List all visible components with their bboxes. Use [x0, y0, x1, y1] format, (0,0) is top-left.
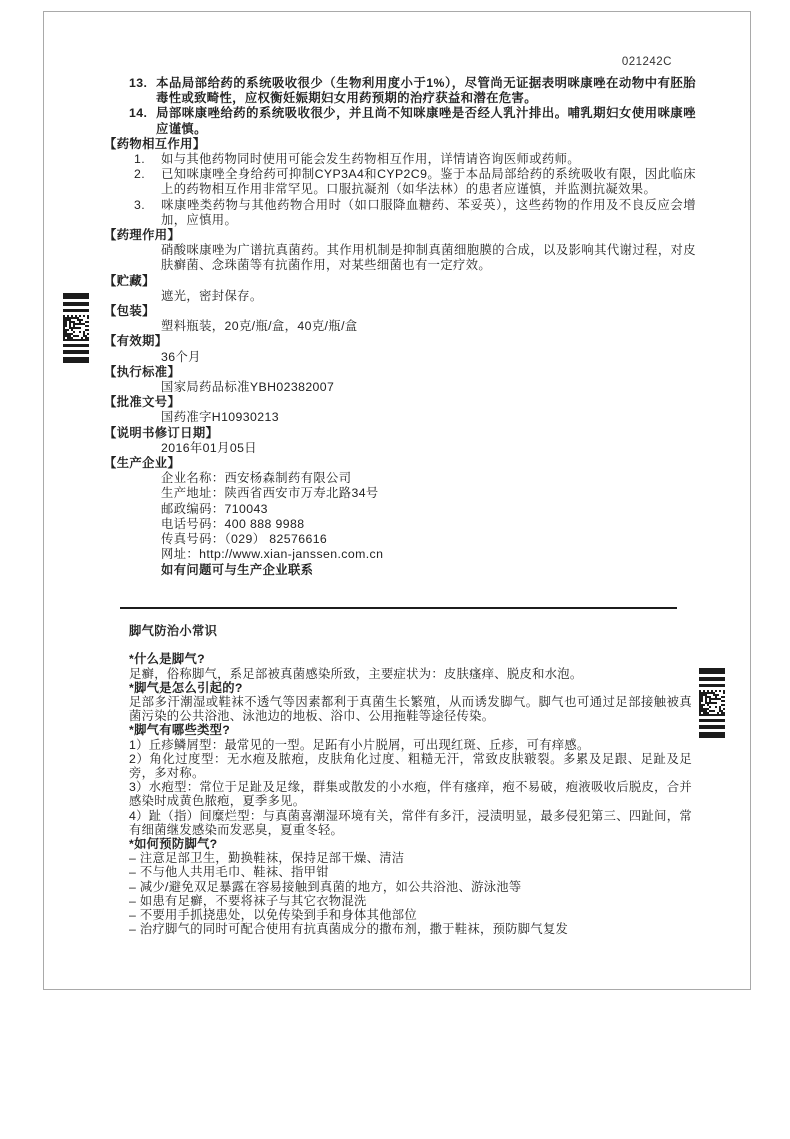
- datamatrix-icon: [699, 690, 725, 716]
- section-heading: 【有效期】: [104, 334, 696, 349]
- manufacturer-line: 邮政编码：710043: [161, 502, 696, 517]
- tips-title: 脚气防治小常识: [129, 624, 692, 638]
- tips-type-item: 3）水疱型：常位于足趾及足缘，群集或散发的小水疱，伴有瘙痒，疱不易破，疱液吸收后…: [129, 780, 692, 808]
- tips-text-what: 足癣，俗称脚气，系足部被真菌感染所致，主要症状为：皮肤瘙痒、脱皮和水泡。: [129, 667, 692, 681]
- interaction-item: 1.如与其他药物同时使用可能会发生药物相互作用，详情请咨询医师或药师。: [104, 152, 696, 167]
- tips-prevention-item: – 如患有足癣，不要将袜子与其它衣物混洗: [129, 894, 692, 908]
- print-bar: [699, 719, 725, 722]
- manufacturer-contact-note: 如有问题可与生产企业联系: [161, 563, 696, 578]
- tips-prevention-item: – 减少/避免双足暴露在容易接触到真菌的地方，如公共浴池、游泳池等: [129, 880, 692, 894]
- print-bar: [63, 350, 89, 354]
- print-bar: [699, 725, 725, 729]
- precaution-item: 14.局部咪康唑给药的系统吸收很少，并且尚不知咪康唑是否经人乳汁排出。哺乳期妇女…: [104, 106, 696, 136]
- tips-prevention-item: – 不与他人共用毛巾、鞋袜、指甲钳: [129, 865, 692, 879]
- manufacturer-line: 网址：http://www.xian-janssen.com.cn: [161, 547, 696, 562]
- section-text: 国药准字H10930213: [161, 410, 696, 425]
- interaction-text: 咪康唑类药物与其他药物合用时（如口服降血糖药、苯妥英），这些药物的作用及不良反应…: [161, 198, 696, 227]
- section-divider-rule: [120, 607, 677, 609]
- manufacturer-lines: 企业名称：西安杨森制药有限公司 生产地址：陕西省西安市万寿北路34号 邮政编码：…: [104, 471, 696, 562]
- section-text: 硝酸咪康唑为广谱抗真菌药。其作用机制是抑制真菌细胞膜的合成，以及影响其代谢过程，…: [161, 243, 696, 273]
- tips-heading-what: *什么是脚气?: [129, 652, 692, 666]
- section-heading: 【包装】: [104, 304, 696, 319]
- section-text: 遮光，密封保存。: [161, 289, 696, 304]
- main-text-block: 13.本品局部给药的系统吸收很少（生物利用度小于1%），尽管尚无证据表明咪康唑在…: [104, 76, 696, 578]
- interaction-item: 3.咪康唑类药物与其他药物合用时（如口服降血糖药、苯妥英），这些药物的作用及不良…: [104, 198, 696, 228]
- tips-type-list: 1）丘疹鳞屑型：最常见的一型。足跖有小片脱屑，可出现红斑、丘疹，可有痒感。 2）…: [129, 738, 692, 837]
- print-bar: [63, 309, 89, 312]
- print-bar: [63, 293, 89, 299]
- section-heading: 【说明书修订日期】: [104, 426, 696, 441]
- manufacturer-line: 企业名称：西安杨森制药有限公司: [161, 471, 696, 486]
- tips-prevention-item: – 不要用手抓挠患处，以免传染到手和身体其他部位: [129, 908, 692, 922]
- info-section: 【贮藏】 遮光，密封保存。: [104, 274, 696, 304]
- precaution-number: 13.: [129, 76, 156, 91]
- manufacturer-line: 传真号码：（029） 82576616: [161, 532, 696, 547]
- tips-heading-prevention: *如何预防脚气?: [129, 837, 692, 851]
- info-section: 【有效期】 36个月: [104, 334, 696, 364]
- precaution-number: 14.: [129, 106, 156, 121]
- tips-prevention-item: – 注意足部卫生，勤换鞋袜，保持足部干燥、清洁: [129, 851, 692, 865]
- section-text: 36个月: [161, 350, 696, 365]
- section-heading: 【药理作用】: [104, 228, 696, 243]
- info-section: 【包装】 塑料瓶装，20克/瓶/盒，40克/瓶/盒: [104, 304, 696, 334]
- leaflet-page: 021242C 13.本品局部给药的系统吸收很少（生物利用度小于1%），尽管尚无…: [43, 11, 751, 990]
- tips-type-item: 2）角化过度型：无水疱及脓疱，皮肤角化过度、粗糙无汗，常致皮肤皲裂。多累及足跟、…: [129, 752, 692, 780]
- tips-type-item: 1）丘疹鳞屑型：最常见的一型。足跖有小片脱屑，可出现红斑、丘疹，可有痒感。: [129, 738, 692, 752]
- section-text: 2016年01月05日: [161, 441, 696, 456]
- info-section: 【执行标准】 国家局药品标准YBH02382007: [104, 365, 696, 395]
- section-heading: 【贮藏】: [104, 274, 696, 289]
- manufacturer-line: 电话号码：400 888 9988: [161, 517, 696, 532]
- interaction-item: 2.已知咪康唑全身给药可抑制CYP3A4和CYP2C9。鉴于本品局部给药的系统吸…: [104, 167, 696, 197]
- interaction-text: 如与其他药物同时使用可能会发生药物相互作用，详情请咨询医师或药师。: [161, 152, 580, 166]
- print-bar: [699, 677, 725, 681]
- tips-text-cause: 足部多汗潮湿或鞋袜不透气等因素都利于真菌生长繁殖，从而诱发脚气。脚气也可通过足部…: [129, 695, 692, 723]
- section-text: 塑料瓶装，20克/瓶/盒，40克/瓶/盒: [161, 319, 696, 334]
- datamatrix-icon: [63, 315, 89, 341]
- info-section-list: 【药理作用】 硝酸咪康唑为广谱抗真菌药。其作用机制是抑制真菌细胞膜的合成，以及影…: [104, 228, 696, 456]
- precaution-list: 13.本品局部给药的系统吸收很少（生物利用度小于1%），尽管尚无证据表明咪康唑在…: [104, 76, 696, 137]
- section-heading-manufacturer: 【生产企业】: [104, 456, 696, 471]
- interaction-number: 1.: [134, 152, 161, 167]
- registration-mark-left: [63, 293, 89, 366]
- blank-line: [129, 638, 692, 652]
- section-heading: 【批准文号】: [104, 395, 696, 410]
- interaction-number: 3.: [134, 198, 161, 213]
- precaution-text: 本品局部给药的系统吸收很少（生物利用度小于1%），尽管尚无证据表明咪康唑在动物中…: [156, 76, 696, 105]
- page-code: 021242C: [622, 56, 672, 68]
- tips-heading-cause: *脚气是怎么引起的?: [129, 681, 692, 695]
- print-bar: [63, 344, 89, 347]
- footcare-tips-block: 脚气防治小常识 *什么是脚气? 足癣，俗称脚气，系足部被真菌感染所致，主要症状为…: [129, 624, 692, 936]
- tips-heading-types: *脚气有哪些类型?: [129, 723, 692, 737]
- registration-mark-right: [699, 668, 725, 741]
- print-bar: [63, 357, 89, 363]
- print-bar: [699, 684, 725, 687]
- tips-prevention-item: – 治疗脚气的同时可配合使用有抗真菌成分的撒布剂，撒于鞋袜，预防脚气复发: [129, 922, 692, 936]
- section-text: 国家局药品标准YBH02382007: [161, 380, 696, 395]
- section-heading-interactions: 【药物相互作用】: [104, 137, 696, 152]
- print-bar: [63, 302, 89, 306]
- print-bar: [699, 668, 725, 674]
- interaction-number: 2.: [134, 167, 161, 182]
- info-section: 【药理作用】 硝酸咪康唑为广谱抗真菌药。其作用机制是抑制真菌细胞膜的合成，以及影…: [104, 228, 696, 274]
- precaution-item: 13.本品局部给药的系统吸收很少（生物利用度小于1%），尽管尚无证据表明咪康唑在…: [104, 76, 696, 106]
- precaution-text: 局部咪康唑给药的系统吸收很少，并且尚不知咪康唑是否经人乳汁排出。哺乳期妇女使用咪…: [156, 106, 696, 135]
- tips-type-item: 4）趾（指）间糜烂型：与真菌喜潮湿环境有关，常伴有多汗，浸渍明显，最多侵犯第三、…: [129, 809, 692, 837]
- manufacturer-line: 生产地址：陕西省西安市万寿北路34号: [161, 486, 696, 501]
- print-bar: [699, 732, 725, 738]
- section-heading: 【执行标准】: [104, 365, 696, 380]
- tips-prevention-list: – 注意足部卫生，勤换鞋袜，保持足部干燥、清洁 – 不与他人共用毛巾、鞋袜、指甲…: [129, 851, 692, 936]
- interaction-text: 已知咪康唑全身给药可抑制CYP3A4和CYP2C9。鉴于本品局部给药的系统吸收有…: [161, 167, 696, 196]
- info-section: 【说明书修订日期】 2016年01月05日: [104, 426, 696, 456]
- info-section: 【批准文号】 国药准字H10930213: [104, 395, 696, 425]
- interaction-list: 1.如与其他药物同时使用可能会发生药物相互作用，详情请咨询医师或药师。 2.已知…: [104, 152, 696, 228]
